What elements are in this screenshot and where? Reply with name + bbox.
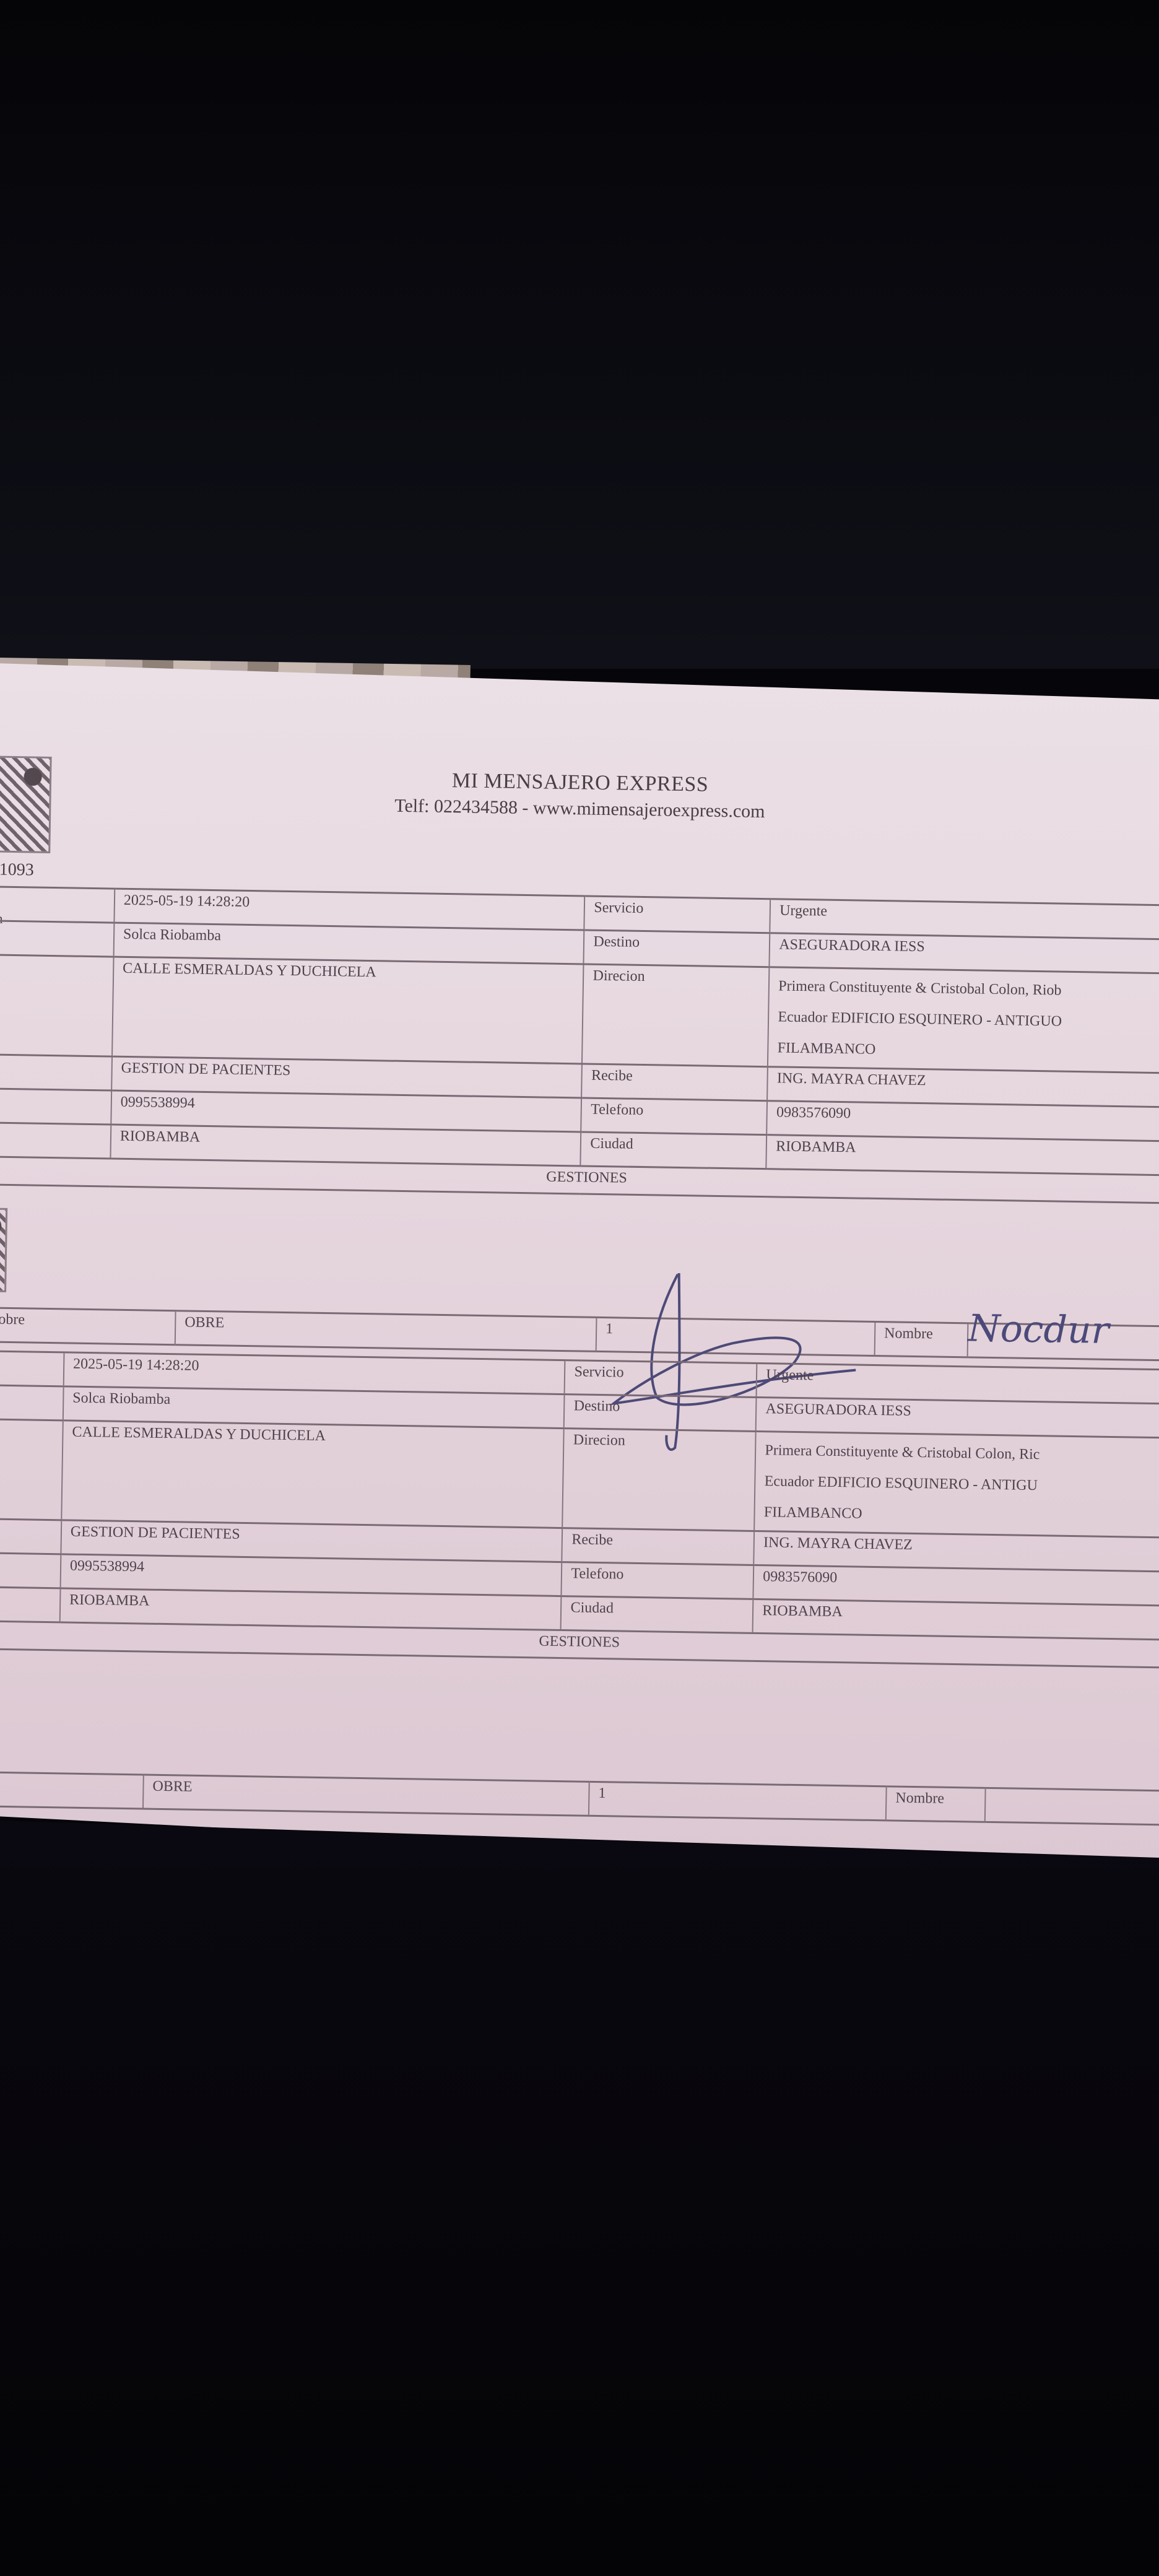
ciudad-label: Ciudad [581,1132,767,1169]
direccion-label: Direcion [563,1429,756,1531]
tracking-number: 01093 [0,859,34,880]
servicio-label: Servicio [565,1360,757,1398]
dark-background-top [0,0,1159,669]
destino-label: Destino [564,1395,757,1432]
gestion-cantidad: 1 [589,1782,887,1821]
nombre-label: Nombre [875,1321,968,1357]
gestion-label-fragment: obre [0,1308,176,1345]
direccion-origen-value: CALLE ESMERALDAS Y DUCHICELA [61,1421,564,1528]
servicio-label: Servicio [584,896,771,933]
direccion-label: Direcion [582,964,769,1067]
recibe-label: Recibe [582,1064,768,1101]
table-row: OBRE 1 Nombre [0,1772,1159,1825]
company-name: MI MENSAJERO EXPRESS [332,767,828,799]
direccion-origen-value: CALLE ESMERALDAS Y DUCHICELA [112,957,584,1064]
company-contact: Telf: 022434588 - www.mimensajeroexpress… [332,794,827,824]
dark-background-bottom [0,1821,1159,2576]
nombre-signature-line [985,1788,1159,1825]
gestiones-table-copy-2: OBRE 1 Nombre [0,1771,1159,1825]
direccion-destino-value: Primera Constituyente & Cristobal Colon,… [754,1431,1159,1538]
ciudad-label: Ciudad [561,1596,753,1634]
destino-label: Destino [584,930,770,967]
gestion-tipo: OBRE [143,1775,589,1816]
direccion-destino-value: Primera Constituyente & Cristobal Colon,… [768,967,1159,1073]
recibe-label: Recibe [562,1528,755,1565]
slip-table-copy-2: 2025-05-19 14:28:20 Servicio Urgente Sol… [0,1350,1159,1668]
qr-code-icon [0,755,52,853]
table-row: CALLE ESMERALDAS Y DUCHICELA Direcion Pr… [0,1419,1159,1538]
slip-header: MI MENSAJERO EXPRESS Telf: 022434588 - w… [332,767,828,824]
table-row: CALLE ESMERALDAS Y DUCHICELA Direcion Pr… [0,955,1159,1073]
handwritten-name: Nocdur [968,1307,1109,1352]
qr-code-icon [0,1207,7,1292]
nombre-label: Nombre [886,1786,986,1822]
telefono-label: Telefono [562,1562,754,1599]
telefono-label: Telefono [581,1098,768,1135]
gestion-tipo: OBRE [175,1311,597,1352]
slip-table-copy-1: 2025-05-19 14:28:20 Servicio Urgente Sol… [0,886,1159,1204]
delivery-slip-paper: MI MENSAJERO EXPRESS Telf: 022434588 - w… [0,663,1159,1877]
